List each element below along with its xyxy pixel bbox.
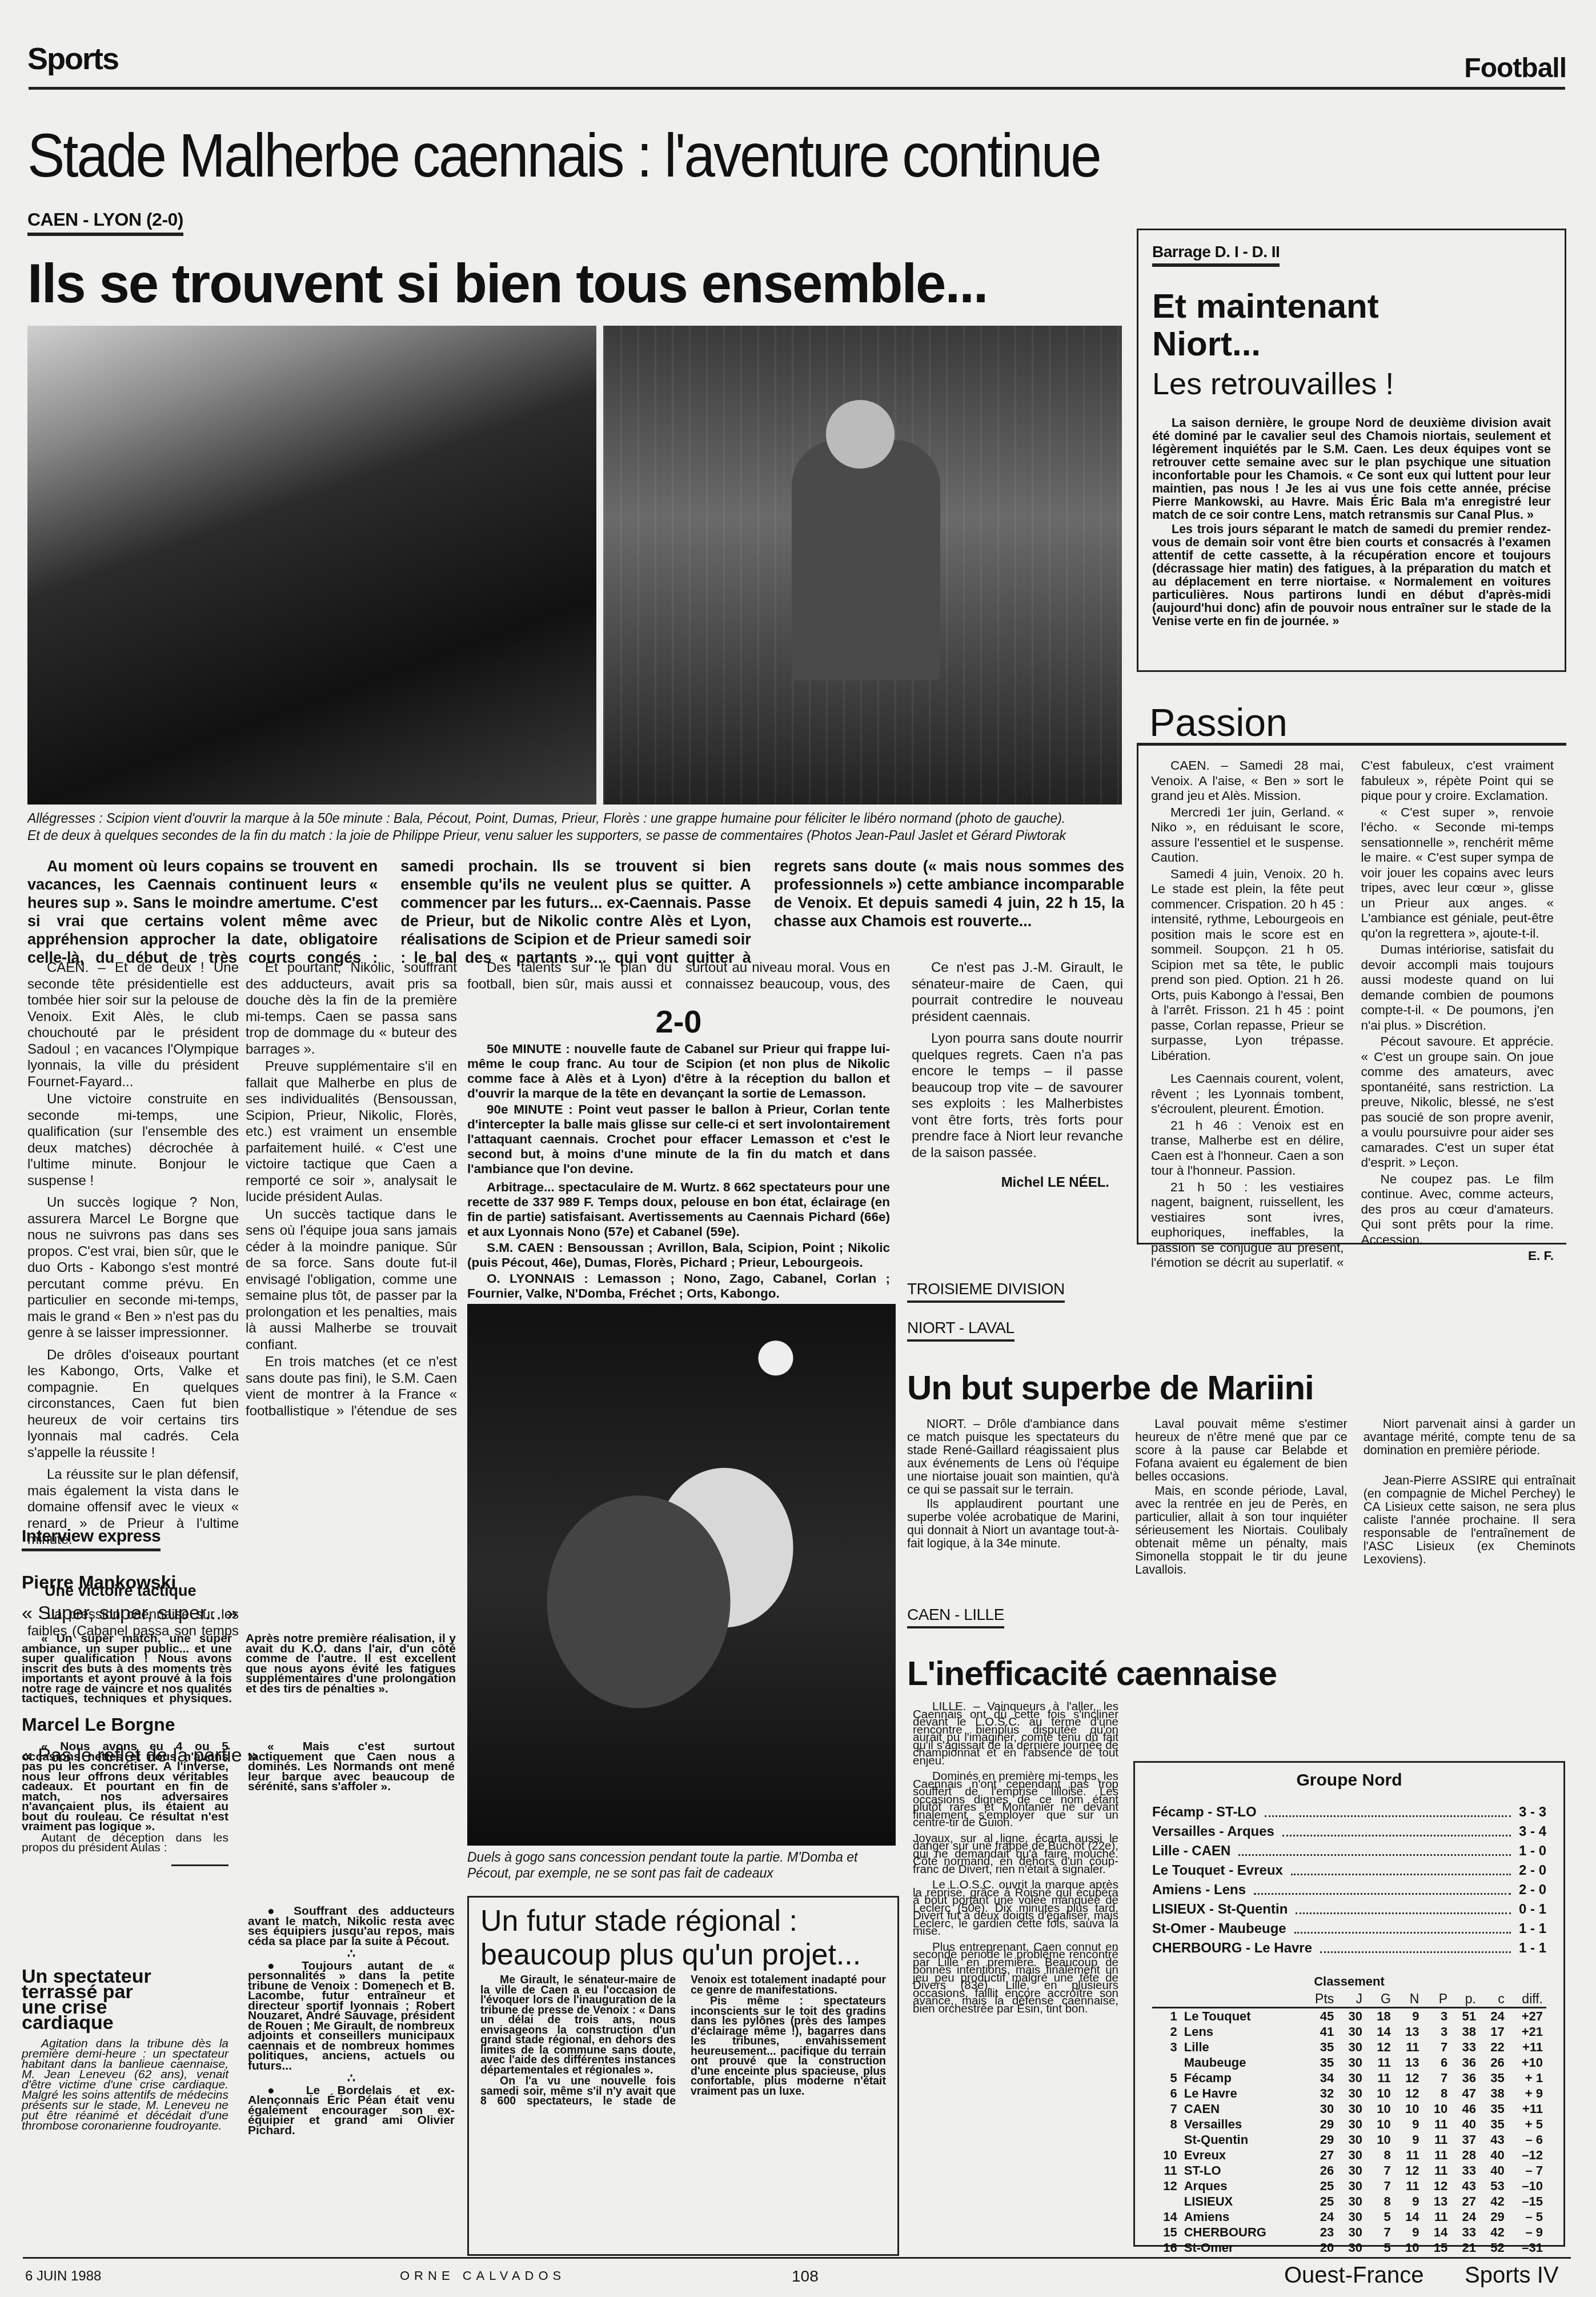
paragraph: Une victoire construite en seconde mi-te…	[27, 1091, 239, 1189]
stat-value: 12	[1366, 2039, 1394, 2055]
stat-value: 46	[1451, 2101, 1479, 2116]
stat-value: 30	[1337, 2163, 1366, 2178]
rank: 8	[1152, 2116, 1181, 2132]
team-name: Fécamp	[1181, 2070, 1302, 2086]
passion-headline: Passion	[1149, 701, 1288, 745]
stat-value: 8	[1366, 2147, 1394, 2163]
team-name: Lille	[1181, 2039, 1302, 2055]
stat-value: 8	[1422, 2086, 1451, 2101]
paragraph: Pécout savoure. Et apprécie. « C'est un …	[1361, 1034, 1554, 1171]
stat-value: 35	[1302, 2039, 1338, 2055]
stat-value: 37	[1451, 2132, 1479, 2147]
stat-value: + 5	[1508, 2116, 1546, 2132]
niort-laval-article: TROISIEME DIVISION NIORT - LAVAL Un but …	[907, 1280, 1575, 1606]
stat-value: 12	[1394, 2163, 1423, 2178]
division-kicker: TROISIEME DIVISION	[907, 1280, 1065, 1303]
standings-row: 15CHERBOURG233079143342– 9	[1152, 2224, 1546, 2240]
stat-value: +10	[1508, 2055, 1546, 2070]
stat-value: 15	[1422, 2240, 1451, 2255]
result-row: Amiens - Lens2 - 0	[1152, 1880, 1546, 1900]
lineup-caen: S.M. CAEN : Bensoussan ; Avrillon, Bala,…	[467, 1240, 890, 1270]
stat-value: 38	[1451, 2024, 1479, 2039]
stat-value: 22	[1479, 2039, 1508, 2055]
report-50th-minute: 50e MINUTE : nouvelle faute de Cabanel s…	[467, 1042, 890, 1101]
stat-value: 8	[1366, 2194, 1394, 2209]
paragraph: Mercredi 1er juin, Gerland. « Niko », en…	[1151, 805, 1344, 866]
paragraph: Des talents sur le plan du football, bie…	[467, 960, 890, 994]
stat-value: – 7	[1508, 2163, 1546, 2178]
stat-value: 7	[1366, 2178, 1394, 2194]
stat-value: 33	[1451, 2224, 1479, 2240]
stat-value: 35	[1479, 2070, 1508, 2086]
stat-value: 30	[1337, 2240, 1366, 2255]
stat-value: 10	[1366, 2132, 1394, 2147]
paragraph: De drôles d'oiseaux pourtant les Kabongo…	[27, 1347, 239, 1462]
divider	[171, 1864, 228, 1866]
stat-value: 13	[1394, 2024, 1423, 2039]
rank: 6	[1152, 2086, 1181, 2101]
paragraph: Pis même : spectateurs inconscients sur …	[691, 1996, 886, 2096]
interview-text: « Mais c'est surtout tactiquement que Ca…	[248, 1742, 455, 1792]
result-row: Fécamp - ST-LO3 - 3	[1152, 1803, 1546, 1822]
stat-value: 10	[1394, 2101, 1423, 2116]
paragraph: Dumas intériorise, satisfait du devoir a…	[1361, 942, 1554, 1033]
team-name: Maubeuge	[1181, 2055, 1302, 2070]
stat-value: 5	[1366, 2209, 1394, 2224]
standings-row: 10Evreux2730811112840–12	[1152, 2147, 1546, 2163]
paragraph: Joyaux, sur al ligne, écarta aussi le da…	[913, 1835, 1118, 1874]
team-name: Le Touquet	[1181, 2008, 1302, 2024]
team-name: Amiens	[1181, 2209, 1302, 2224]
stat-value: –10	[1508, 2178, 1546, 2194]
caen-lille-article: CAEN - LILLE L'inefficacité caennaise	[907, 1606, 1575, 1693]
result-row: CHERBOURG - Le Havre1 - 1	[1152, 1939, 1546, 1958]
kicker-caen-lyon: CAEN - LYON (2-0)	[27, 209, 183, 236]
standings-row: LISIEUX253089132742–15	[1152, 2194, 1546, 2209]
footer-divider	[23, 2257, 1571, 2259]
stat-value: 5	[1366, 2240, 1394, 2255]
stat-value: 7	[1366, 2163, 1394, 2178]
notes-column: ● Souffrant des adducteurs avant le matc…	[248, 1906, 455, 2136]
stat-value: 30	[1337, 2132, 1366, 2147]
paragraph: Ils applaudirent pourtant une superbe vo…	[907, 1498, 1119, 1550]
stat-value: 7	[1422, 2070, 1451, 2086]
rank	[1152, 2055, 1181, 2070]
standings-row: 16St-Omer2030510152152–31	[1152, 2240, 1546, 2255]
niort-laval-kicker: NIORT - LAVAL	[907, 1319, 1014, 1342]
stat-value: + 9	[1508, 2086, 1546, 2101]
niort-subheadline: Les retrouvailles !	[1152, 366, 1551, 402]
footer-publication: Ouest-France	[1284, 2263, 1424, 2288]
stat-value: 10	[1394, 2240, 1423, 2255]
footer-edition: ORNE CALVADOS	[400, 2268, 566, 2283]
stat-value: 29	[1302, 2132, 1338, 2147]
stat-value: 30	[1337, 2147, 1366, 2163]
lead-text: Au moment où leurs copains se trouvent e…	[27, 857, 1124, 967]
stat-value: 35	[1302, 2055, 1338, 2070]
article-author: Michel LE NÉEL.	[912, 1175, 1123, 1191]
paragraph: Le L.O.S.C. ouvrit la marque après la re…	[913, 1881, 1118, 1935]
interview-text-col1: « Nous avons eu 4 ou 5 occasions nettes …	[22, 1742, 228, 1866]
article-body-col2: Et pourtant, Nikolic, souffrant des addu…	[246, 960, 457, 1417]
spectator-article: Un spectateur terrassé par une crise car…	[22, 1969, 228, 2132]
main-headline: Stade Malherbe caennais : l'aventure con…	[27, 120, 1100, 191]
stat-value: 30	[1337, 2070, 1366, 2086]
match-score: 2-0	[467, 1014, 890, 1030]
report-arbitrage: Arbitrage... spectaculaire de M. Wurtz. …	[467, 1180, 890, 1239]
stat-value: 41	[1302, 2024, 1338, 2039]
stat-value: 3	[1422, 2008, 1451, 2024]
rank: 10	[1152, 2147, 1181, 2163]
stat-value: 53	[1479, 2178, 1508, 2194]
caen-lille-kicker: CAEN - LILLE	[907, 1606, 1004, 1628]
interviewee-name: Marcel Le Borgne	[22, 1714, 456, 1735]
stat-value: 30	[1302, 2101, 1338, 2116]
stat-value: +27	[1508, 2008, 1546, 2024]
paragraph: Samedi 4 juin, Venoix. 20 h. Le stade es…	[1151, 867, 1344, 1064]
result-row: St-Omer - Maubeuge1 - 1	[1152, 1919, 1546, 1939]
stadium-box: Un futur stade régional : beaucoup plus …	[467, 1896, 899, 2256]
stat-value: 14	[1394, 2209, 1423, 2224]
photo-duel	[467, 1304, 896, 1846]
stat-value: 27	[1451, 2194, 1479, 2209]
interview-text: « Un super match, une super ambiance, un…	[22, 1634, 456, 1704]
stat-value: 26	[1479, 2055, 1508, 2070]
standings-row: 12Arques2530711124353–10	[1152, 2178, 1546, 2194]
stat-value: 30	[1337, 2194, 1366, 2209]
stat-value: 30	[1337, 2116, 1366, 2132]
stat-value: +11	[1508, 2039, 1546, 2055]
standings-row: 2Lens4130141333817+21	[1152, 2024, 1546, 2039]
paragraph: Me Girault, le sénateur-maire de la vill…	[480, 1975, 676, 2075]
stat-value: –15	[1508, 2194, 1546, 2209]
paragraph: 21 h 46 : Venoix est en transe, Malherbe…	[1151, 1118, 1344, 1179]
spectator-headline: Un spectateur terrassé par une crise car…	[22, 1969, 170, 2031]
standings-row: 3Lille3530121173322+11	[1152, 2039, 1546, 2055]
interview-text-col2: « Mais c'est surtout tactiquement que Ca…	[248, 1742, 455, 1793]
result-row: Le Touquet - Evreux2 - 0	[1152, 1861, 1546, 1880]
barrage-kicker: Barrage D. I - D. II	[1152, 243, 1280, 267]
paragraph: Mais, en sconde période, Laval, avec la …	[1135, 1484, 1347, 1576]
stat-value: 9	[1394, 2194, 1423, 2209]
paragraph: Les trois jours séparant le match de sam…	[1152, 523, 1551, 628]
standings-row: 14Amiens2430514112429– 5	[1152, 2209, 1546, 2224]
stat-value: 10	[1366, 2116, 1394, 2132]
standings-row: 11ST-LO2630712113340– 7	[1152, 2163, 1546, 2178]
stat-value: 43	[1451, 2178, 1479, 2194]
stat-value: 11	[1422, 2163, 1451, 2178]
stat-value: 6	[1422, 2055, 1451, 2070]
stat-value: 43	[1479, 2132, 1508, 2147]
team-name: LISIEUX	[1181, 2194, 1302, 2209]
stat-value: 29	[1302, 2116, 1338, 2132]
stat-value: 52	[1479, 2240, 1508, 2255]
stat-value: 35	[1479, 2116, 1508, 2132]
stat-value: 40	[1451, 2116, 1479, 2132]
note-item: ● Le Bordelais et ex-Alençonnais Éric Pé…	[248, 2086, 455, 2136]
stat-value: – 6	[1508, 2132, 1546, 2147]
stat-value: 12	[1394, 2086, 1423, 2101]
stat-value: 42	[1479, 2194, 1508, 2209]
interview-quote: « Super, super, super... »	[22, 1602, 456, 1624]
paragraph: NIORT. – Drôle d'ambiance dans ce match …	[907, 1418, 1119, 1496]
stat-value: 51	[1451, 2008, 1479, 2024]
stat-value: 45	[1302, 2008, 1338, 2024]
stat-value: 11	[1422, 2132, 1451, 2147]
stat-value: 11	[1394, 2178, 1423, 2194]
stat-value: 11	[1394, 2147, 1423, 2163]
interview-text: Autant de déception dans les propos du p…	[22, 1833, 228, 1853]
paragraph: Ne coupez pas. Le film continue. Avec, c…	[1361, 1172, 1554, 1248]
stat-value: 9	[1394, 2132, 1423, 2147]
rank: 1	[1152, 2008, 1181, 2024]
stat-value: 36	[1451, 2055, 1479, 2070]
interviewee-name: Pierre Mankowski	[22, 1572, 456, 1593]
stat-value: 36	[1451, 2070, 1479, 2086]
stat-value: 35	[1479, 2101, 1508, 2116]
passion-author: E. F.	[1361, 1248, 1554, 1264]
stat-value: 40	[1479, 2163, 1508, 2178]
interview-kicker: Interview express	[22, 1527, 161, 1551]
stat-value: 12	[1422, 2178, 1451, 2194]
groupe-nord-box: Groupe Nord Fécamp - ST-LO3 - 3 Versaill…	[1133, 1761, 1565, 2247]
lineup-lyon: O. LYONNAIS : Lemasson ; Nono, Zago, Cab…	[467, 1271, 890, 1301]
stat-value: 10	[1366, 2101, 1394, 2116]
team-name: ST-LO	[1181, 2163, 1302, 2178]
paragraph: Dominés en première mi-temps, les Caenna…	[913, 1772, 1118, 1827]
stat-value: 13	[1422, 2194, 1451, 2209]
header-divider	[29, 87, 1565, 90]
standings-row: St-Quentin2930109113743– 6	[1152, 2132, 1546, 2147]
stat-value: –12	[1508, 2147, 1546, 2163]
standings-table: PtsJGNPp.cdiff. 1Le Touquet453018935124+…	[1152, 1991, 1546, 2255]
separator-icon: ∴	[248, 2073, 455, 2083]
standings-row: 6Le Havre3230101284738+ 9	[1152, 2086, 1546, 2101]
article-body-col4: Ce n'est pas J.-M. Girault, le sénateur-…	[912, 960, 1123, 1191]
stat-value: 32	[1302, 2086, 1338, 2101]
stat-value: 10	[1366, 2086, 1394, 2101]
stat-value: 11	[1394, 2039, 1423, 2055]
stat-value: 23	[1302, 2224, 1338, 2240]
rank: 11	[1152, 2163, 1181, 2178]
team-name: St-Omer	[1181, 2240, 1302, 2255]
paragraph: Plus entreprenant, Caen connut en second…	[913, 1943, 1118, 2013]
footer-page-number: 108	[792, 2267, 819, 2286]
stat-value: 14	[1422, 2224, 1451, 2240]
stat-value: 10	[1422, 2101, 1451, 2116]
footer-section-page: Sports IV	[1465, 2263, 1559, 2288]
stat-value: 20	[1302, 2240, 1338, 2255]
rank	[1152, 2194, 1181, 2209]
stat-value: 14	[1366, 2024, 1394, 2039]
stat-value: 47	[1451, 2086, 1479, 2101]
paragraph: Lyon pourra sans doute nourrir quelques …	[912, 1031, 1123, 1161]
stat-value: 33	[1451, 2163, 1479, 2178]
stat-value: 9	[1394, 2224, 1423, 2240]
stat-value: 30	[1337, 2055, 1366, 2070]
paragraph: Et pourtant, Nikolic, souffrant des addu…	[246, 960, 457, 1058]
stat-value: 7	[1422, 2039, 1451, 2055]
photo-celebration-pile	[27, 326, 596, 805]
stat-value: 9	[1394, 2008, 1423, 2024]
stat-value: 21	[1451, 2240, 1479, 2255]
paragraph: Les Caennais courent, volent, rêvent ; l…	[1151, 1071, 1344, 1117]
interview-section: Interview express Pierre Mankowski « Sup…	[22, 1527, 456, 1767]
stat-value: 30	[1337, 2039, 1366, 2055]
groupe-nord-title: Groupe Nord	[1152, 1771, 1546, 1790]
stat-value: 17	[1479, 2024, 1508, 2039]
spectator-text: Agitation dans la tribune dès la premièr…	[22, 2039, 228, 2131]
stat-value: 30	[1337, 2224, 1366, 2240]
stat-value: 7	[1366, 2224, 1394, 2240]
stat-value: 30	[1337, 2008, 1366, 2024]
stat-value: 25	[1302, 2178, 1338, 2194]
interview-text: « Nous avons eu 4 ou 5 occasions nettes …	[22, 1742, 228, 1832]
paragraph: Niort parvenait ainsi à garder un avanta…	[1364, 1418, 1575, 1457]
article-body-col3: Des talents sur le plan du football, bie…	[467, 960, 890, 1302]
stat-value: 30	[1337, 2178, 1366, 2194]
stat-value: 30	[1337, 2101, 1366, 2116]
stat-value: 40	[1479, 2147, 1508, 2163]
standings-row: 7CAEN30301010104635+11	[1152, 2101, 1546, 2116]
rank: 16	[1152, 2240, 1181, 2255]
note-item: ● Toujours autant de « personnalités » d…	[248, 1961, 455, 2071]
stat-value: 11	[1422, 2147, 1451, 2163]
stat-value: 33	[1451, 2039, 1479, 2055]
stat-value: – 5	[1508, 2209, 1546, 2224]
main-kicker: CAEN - LYON (2-0)	[27, 209, 183, 236]
team-name: Lens	[1181, 2024, 1302, 2039]
stat-value: 30	[1337, 2209, 1366, 2224]
stat-value: 13	[1394, 2055, 1423, 2070]
article-headline: Ils se trouvent si bien tous ensemble...	[27, 253, 987, 315]
stat-value: 24	[1302, 2209, 1338, 2224]
rank	[1152, 2132, 1181, 2147]
section-label: Sports	[27, 41, 118, 77]
stadium-headline: Un futur stade régional : beaucoup plus …	[480, 1904, 886, 1972]
team-name: Versailles	[1181, 2116, 1302, 2132]
paragraph: Laval pouvait même s'estimer heureux de …	[1135, 1418, 1347, 1483]
assire-note: Jean-Pierre ASSIRE qui entraînait (en co…	[1364, 1474, 1575, 1566]
rank: 7	[1152, 2101, 1181, 2116]
result-row: Versailles - Arques3 - 4	[1152, 1822, 1546, 1842]
stat-value: 24	[1479, 2008, 1508, 2024]
stat-value: 30	[1337, 2086, 1366, 2101]
team-name: CHERBOURG	[1181, 2224, 1302, 2240]
standings-header: PtsJGNPp.cdiff.	[1152, 1991, 1546, 2008]
stat-value: 25	[1302, 2194, 1338, 2209]
niort-laval-headline: Un but superbe de Mariini	[907, 1368, 1575, 1407]
niort-headline: Et maintenant Niort...	[1152, 287, 1415, 363]
paragraph: Preuve supplémentaire s'il en fallait qu…	[246, 1059, 457, 1206]
paragraph: CAEN. – Samedi 28 mai, Venoix. A l'aise,…	[1151, 758, 1344, 804]
photo-caption-2: Et de deux à quelques secondes de la fin…	[27, 827, 1124, 843]
stat-value: 3	[1422, 2024, 1451, 2039]
stat-value: 29	[1479, 2209, 1508, 2224]
team-name: Evreux	[1181, 2147, 1302, 2163]
team-name: CAEN	[1181, 2101, 1302, 2116]
separator-icon: ∴	[248, 1948, 455, 1959]
stat-value: 26	[1302, 2163, 1338, 2178]
result-row: Lille - CAEN1 - 0	[1152, 1842, 1546, 1861]
stat-value: 30	[1337, 2024, 1366, 2039]
caen-lille-body-col1: LILLE. – Vainqueurs à l'aller, les Caenn…	[913, 1703, 1118, 2014]
rank: 2	[1152, 2024, 1181, 2039]
result-row: LISIEUX - St-Quentin0 - 1	[1152, 1900, 1546, 1919]
paragraph: Un succès tactique dans le sens où l'équ…	[246, 1207, 457, 1354]
stat-value: 11	[1422, 2209, 1451, 2224]
report-90th-minute: 90e MINUTE : Point veut passer le ballon…	[467, 1102, 890, 1176]
stat-value: 34	[1302, 2070, 1338, 2086]
stat-value: 38	[1479, 2086, 1508, 2101]
results-list: Fécamp - ST-LO3 - 3 Versailles - Arques3…	[1152, 1803, 1546, 1958]
stat-value: +21	[1508, 2024, 1546, 2039]
photo-caption-1: Allégresses : Scipion vient d'ouvrir la …	[27, 810, 1124, 826]
stat-value: 18	[1366, 2008, 1394, 2024]
paragraph: Ce n'est pas J.-M. Girault, le sénateur-…	[912, 960, 1123, 1025]
standings-title: Classement	[1152, 1974, 1546, 1989]
paragraph: CAEN. – Et de deux ! Une seconde tête pr…	[27, 960, 239, 1090]
paragraph: La saison dernière, le groupe Nord de de…	[1152, 417, 1551, 522]
team-name: St-Quentin	[1181, 2132, 1302, 2147]
stat-value: 42	[1479, 2224, 1508, 2240]
standings-row: 5Fécamp3430111273635+ 1	[1152, 2070, 1546, 2086]
rank: 14	[1152, 2209, 1181, 2224]
photo-duel-caption: Duels à gogo sans concession pendant tou…	[467, 1849, 890, 1881]
stat-value: + 1	[1508, 2070, 1546, 2086]
article-lead: Au moment où leurs copains se trouvent e…	[27, 857, 1124, 967]
paragraph: Un succès logique ? Non, assurera Marcel…	[27, 1195, 239, 1342]
rank: 12	[1152, 2178, 1181, 2194]
stat-value: 9	[1394, 2116, 1423, 2132]
niort-barrage-box: Barrage D. I - D. II Et maintenant Niort…	[1137, 229, 1566, 672]
team-name: Arques	[1181, 2178, 1302, 2194]
stat-value: 12	[1394, 2070, 1423, 2086]
rank: 5	[1152, 2070, 1181, 2086]
stat-value: 11	[1366, 2070, 1394, 2086]
footer-date: 6 JUIN 1988	[25, 2268, 101, 2284]
caen-lille-headline: L'inefficacité caennaise	[907, 1654, 1575, 1693]
stat-value: 27	[1302, 2147, 1338, 2163]
note-item: ● Souffrant des adducteurs avant le matc…	[248, 1906, 455, 1946]
stat-value: –31	[1508, 2240, 1546, 2255]
passion-box: CAEN. – Samedi 28 mai, Venoix. A l'aise,…	[1137, 743, 1566, 1244]
category-label: Football	[1464, 53, 1566, 84]
paragraph: « C'est super », renvoie l'écho. « Secon…	[1361, 805, 1554, 942]
team-name: Le Havre	[1181, 2086, 1302, 2101]
standings-row: 1Le Touquet453018935124+27	[1152, 2008, 1546, 2024]
standings-row: Maubeuge3530111363626+10	[1152, 2055, 1546, 2070]
standings-row: 8Versailles2930109114035+ 5	[1152, 2116, 1546, 2132]
stat-value: +11	[1508, 2101, 1546, 2116]
stat-value: 28	[1451, 2147, 1479, 2163]
rank: 15	[1152, 2224, 1181, 2240]
stat-value: 11	[1366, 2055, 1394, 2070]
stat-value: 24	[1451, 2209, 1479, 2224]
photo-prieur-celebration	[603, 326, 1122, 805]
paragraph: LILLE. – Vainqueurs à l'aller, les Caenn…	[913, 1703, 1118, 1764]
stat-value: – 9	[1508, 2224, 1546, 2240]
paragraph: En trois matches (et ce n'est sans doute…	[246, 1354, 457, 1417]
stat-value: 11	[1422, 2116, 1451, 2132]
rank: 3	[1152, 2039, 1181, 2055]
